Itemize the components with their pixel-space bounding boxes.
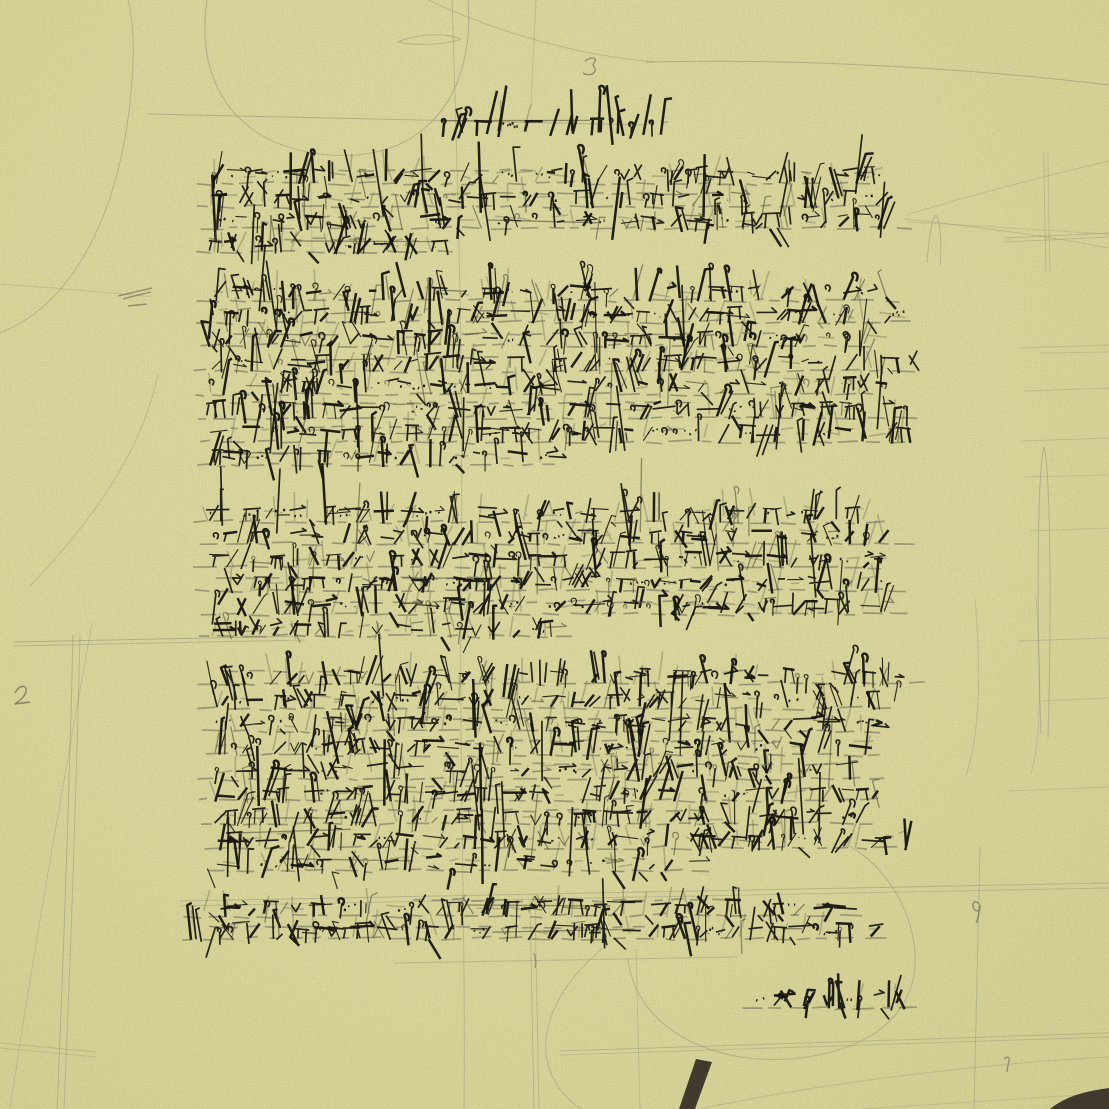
manuscript-art bbox=[0, 0, 1109, 1109]
manuscript-page bbox=[0, 0, 1109, 1109]
